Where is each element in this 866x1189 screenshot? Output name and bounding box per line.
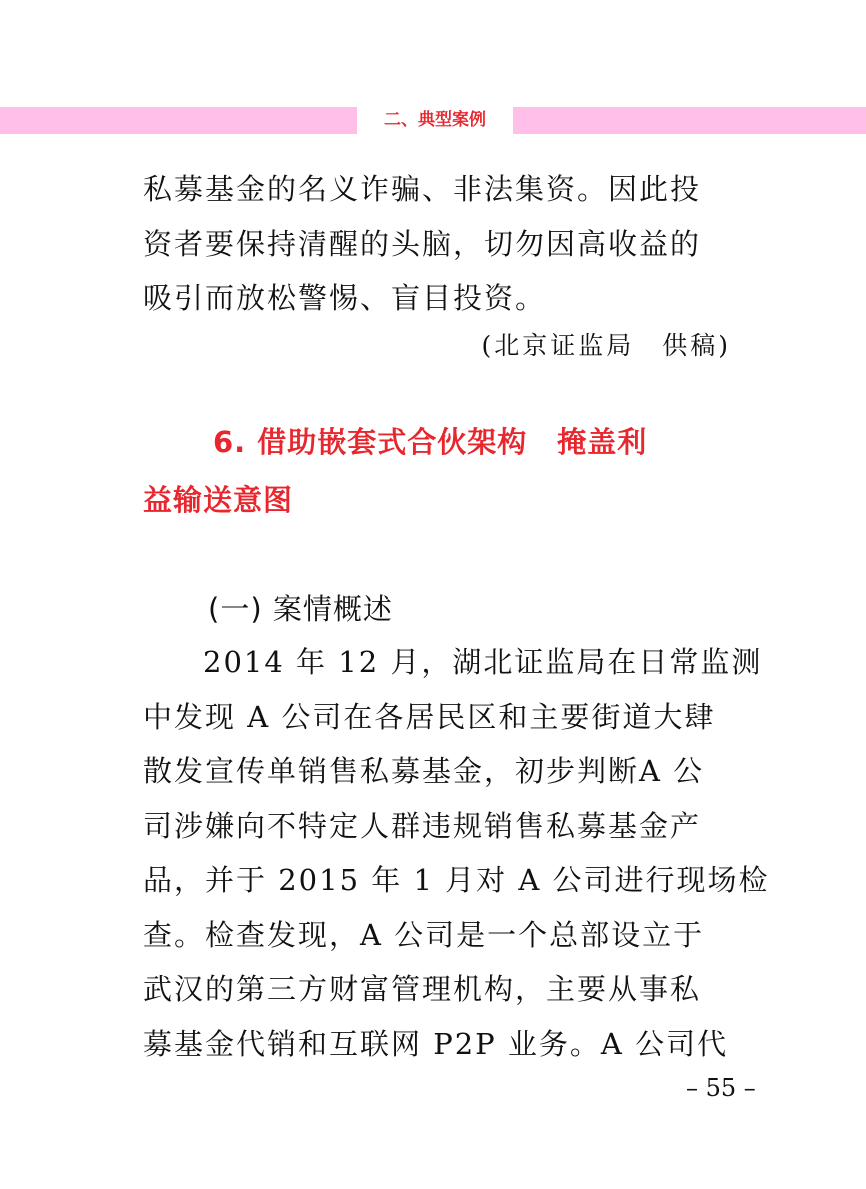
paragraph-line: 中发现 A 公司在各居民区和主要街道大肆 [143,690,733,745]
paragraph-line: 散发宣传单销售私募基金，初步判断A 公 [143,744,733,799]
paragraph-line: 私募基金的名义诈骗、非法集资。因此投 [143,162,733,217]
case-summary-paragraph: 2014 年 12 月，湖北证监局在日常监测 中发现 A 公司在各居民区和主要街… [143,635,733,1071]
continued-paragraph: 私募基金的名义诈骗、非法集资。因此投 资者要保持清醒的头脑，切勿因高收益的 吸引… [143,162,733,326]
case-title-line: 益输送意图 [143,471,743,529]
subsection-heading: (一) 案情概述 [208,587,393,628]
header-bar-left [0,107,357,134]
paragraph-line: 司涉嫌向不特定人群违规销售私募基金产 [143,799,733,854]
paragraph-line: 品，并于 2015 年 1 月对 A 公司进行现场检 [143,853,733,908]
paragraph-line: 资者要保持清醒的头脑，切勿因高收益的 [143,217,733,272]
paragraph-line: 吸引而放松警惕、盲目投资。 [143,271,733,326]
running-header-title: 二、典型案例 [357,107,513,134]
paragraph-line: 募基金代销和互联网 P2P 业务。A 公司代 [143,1017,733,1072]
header-bar-right [513,107,866,134]
paragraph-line: 查。检查发现，A 公司是一个总部设立于 [143,908,733,963]
paragraph-line: 2014 年 12 月，湖北证监局在日常监测 [143,635,733,690]
source-credit: (北京证监局 供稿) [481,326,731,362]
case-title: 6. 借助嵌套式合伙架构 掩盖利 益输送意图 [143,413,743,529]
case-title-line: 6. 借助嵌套式合伙架构 掩盖利 [143,413,743,471]
page-number: – 55 – [686,1074,756,1102]
paragraph-line: 武汉的第三方财富管理机构，主要从事私 [143,962,733,1017]
